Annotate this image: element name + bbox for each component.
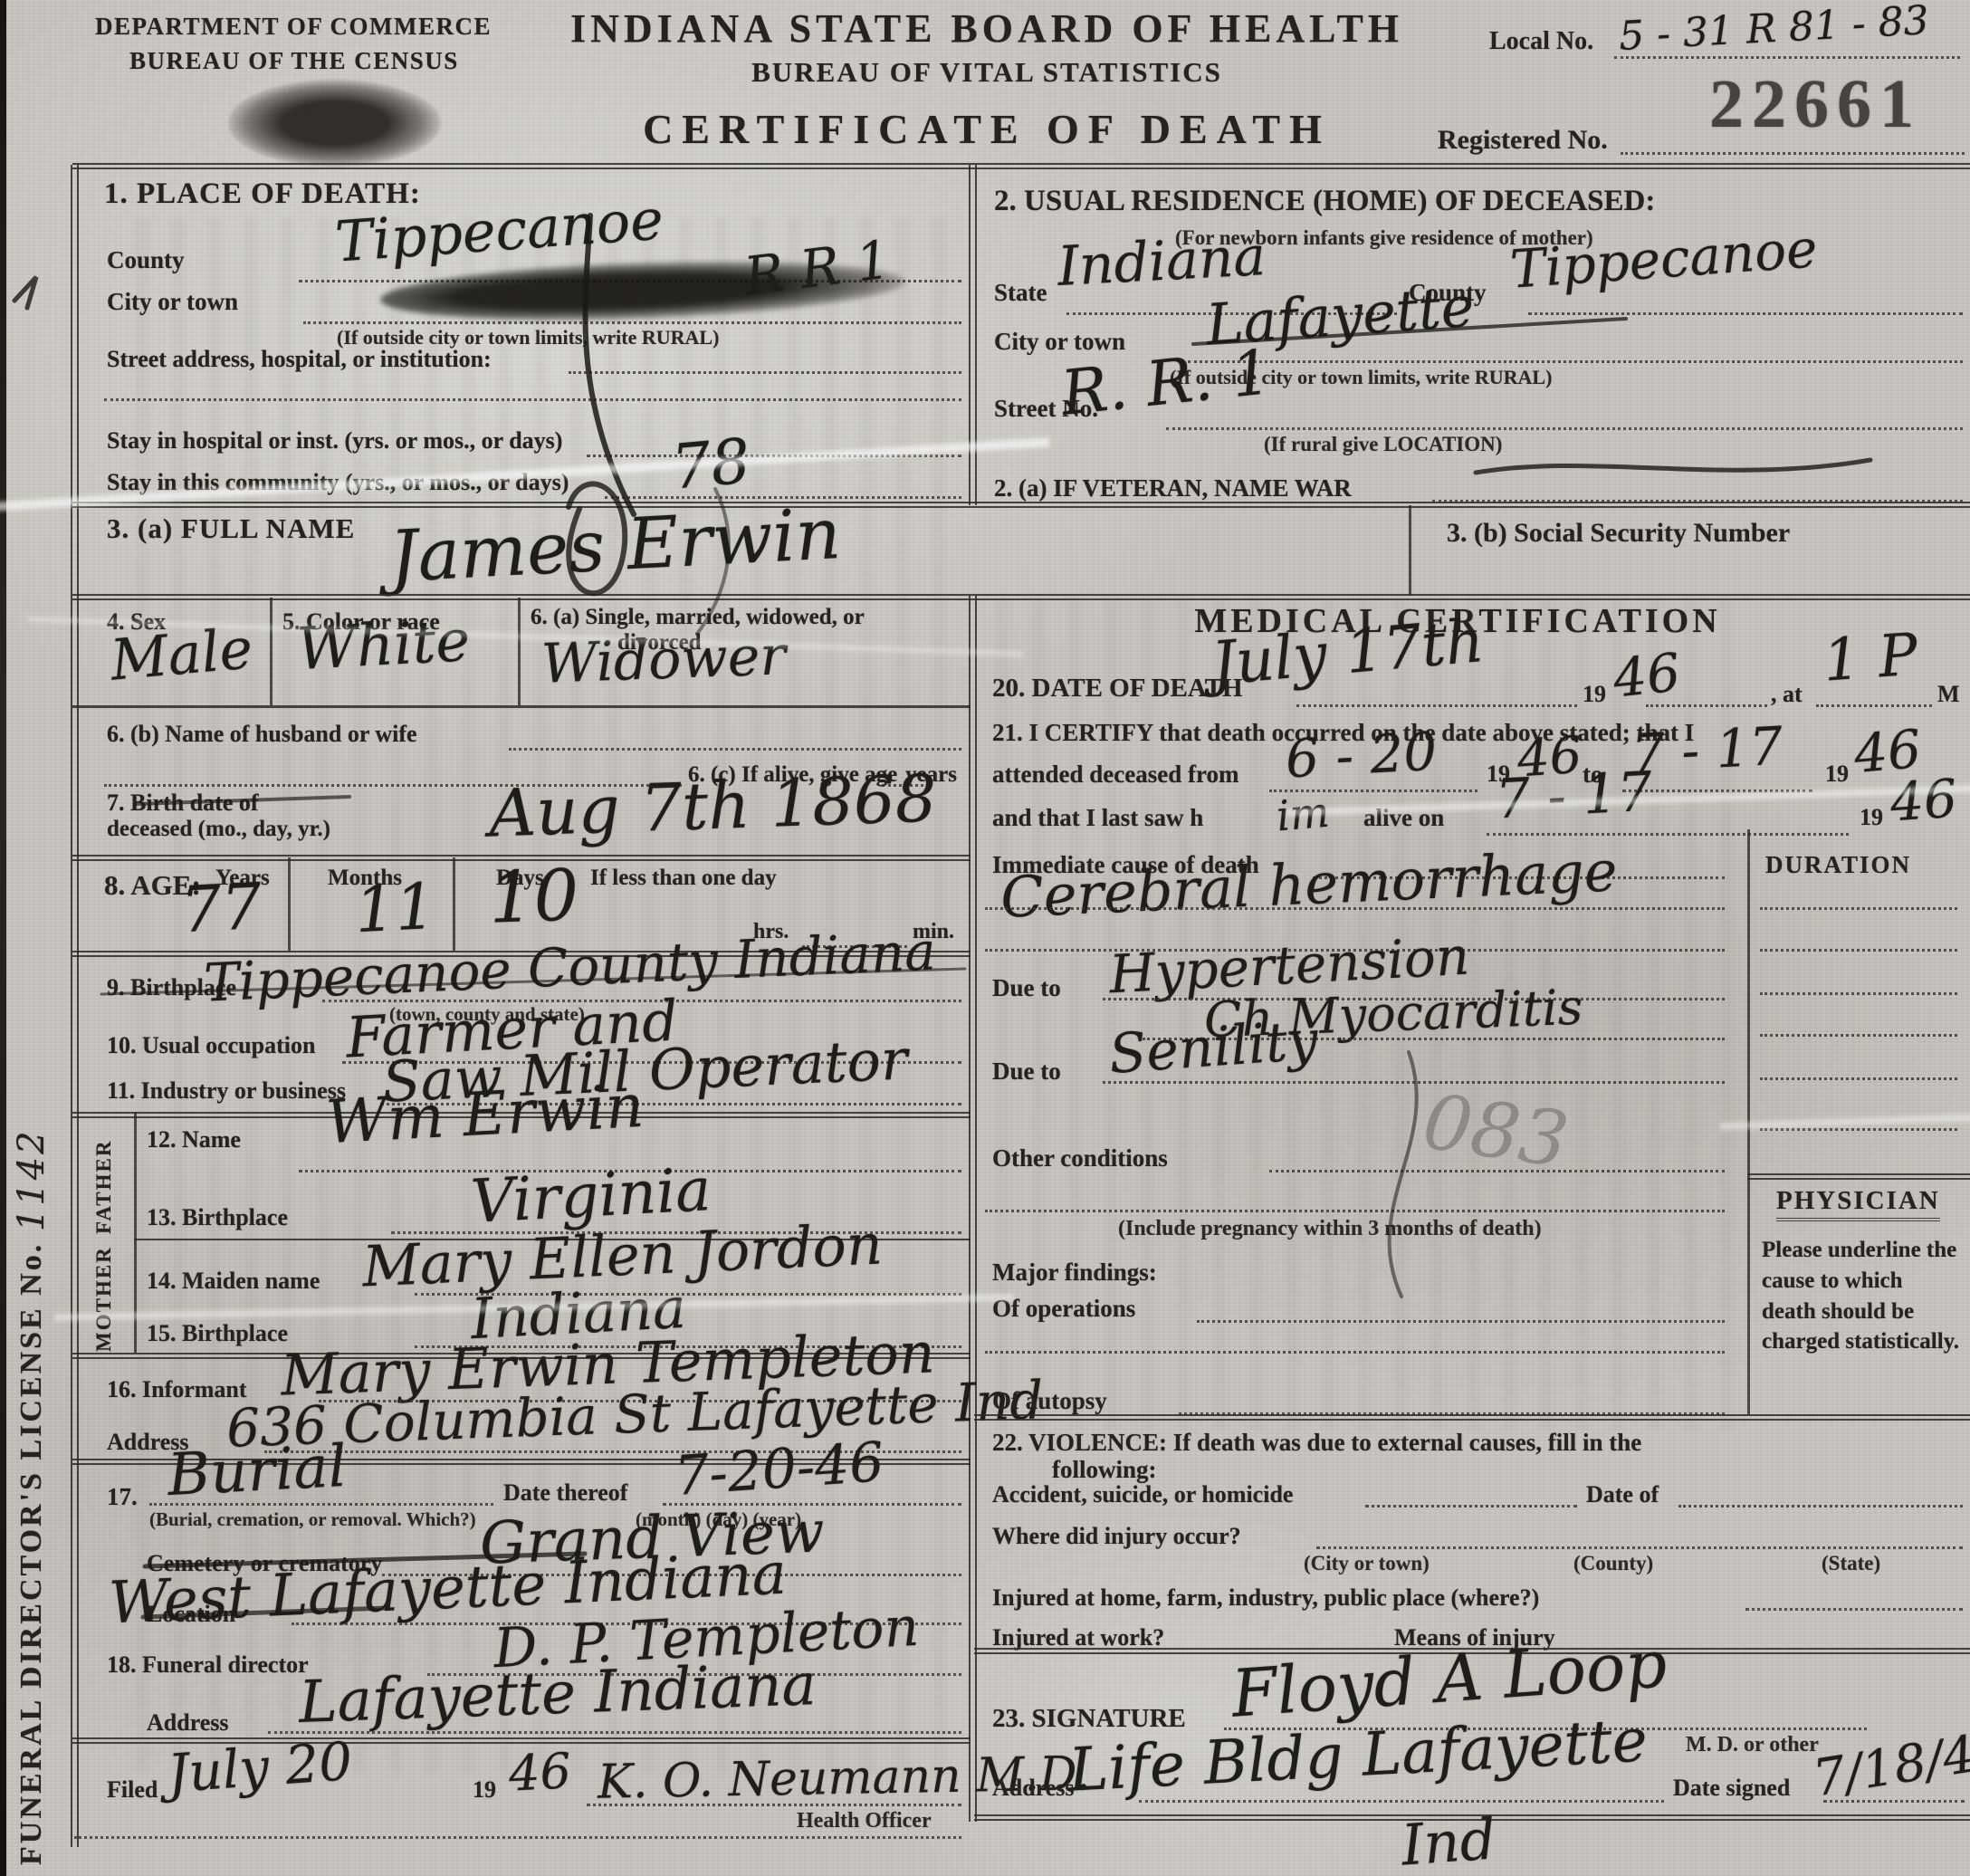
cell-divider — [270, 598, 273, 705]
date-signed-value: 7/18/46 — [1809, 1720, 1970, 1809]
census-bureau-stamp-icon — [228, 80, 441, 167]
father-side-label: FATHER — [92, 1130, 116, 1234]
form-left-border — [71, 165, 79, 1847]
dod-line3 — [1816, 704, 1932, 707]
certificate-title: CERTIFICATE OF DEATH — [543, 105, 1430, 153]
header-rule — [72, 163, 1970, 169]
industry-label: 11. Industry or business — [107, 1077, 346, 1105]
spouse-line — [509, 748, 961, 751]
age-days-value: 10 — [487, 855, 579, 939]
duration-line — [1760, 907, 1957, 910]
residence-city-label: City or town — [994, 328, 1125, 356]
duration-line — [1760, 1128, 1957, 1131]
autopsy-label: Of autopsy — [992, 1387, 1107, 1415]
scan-edge — [0, 0, 6, 1876]
date-of-death-label: 20. DATE OF DEATH — [992, 674, 1243, 703]
due-to-label1: Due to — [992, 974, 1061, 1002]
local-no-line — [1614, 56, 1960, 59]
signer-address-label: Address — [992, 1775, 1075, 1802]
signer-address-line — [1139, 1800, 1664, 1803]
cell-divider — [453, 857, 455, 951]
signer-address-value2: Ind — [1400, 1805, 1498, 1876]
where-injury-label: Where did injury occur? — [992, 1523, 1241, 1550]
burial-which-note: (Burial, cremation, or removal. Which?) — [149, 1508, 476, 1531]
dod-year-prefix: 19 — [1583, 681, 1606, 708]
duration-line — [1760, 1034, 1957, 1037]
registered-no-line — [1621, 152, 1965, 155]
blank-line — [104, 398, 961, 401]
physician-heading: PHYSICIAN — [1776, 1186, 1940, 1221]
dod-m-label: M — [1937, 681, 1960, 708]
operations-line2 — [985, 1351, 1725, 1354]
injured-home-label: Injured at home, farm, industry, public … — [992, 1584, 1539, 1612]
attended-from-value: 6 - 20 — [1284, 721, 1439, 790]
operations-line — [1197, 1320, 1725, 1323]
occupation-label: 10. Usual occupation — [107, 1032, 315, 1059]
county-label: County — [107, 246, 185, 274]
date-of-line — [1678, 1505, 1963, 1507]
veteran-label: 2. (a) IF VETERAN, NAME WAR — [994, 474, 1352, 502]
where-county-note: (County) — [1573, 1552, 1653, 1575]
where-state-note: (State) — [1822, 1552, 1880, 1575]
duration-line — [1760, 992, 1957, 995]
funeral-license-margin: FUNERAL DIRECTOR'S LICENSE No. 1142 — [11, 380, 53, 1865]
local-no-label: Local No. — [1489, 27, 1593, 56]
dod-at-label: , at — [1771, 681, 1803, 708]
mother-birthplace-label: 15. Birthplace — [147, 1320, 288, 1347]
spouse-label: 6. (b) Name of husband or wife — [107, 721, 417, 748]
burial-line — [149, 1503, 493, 1506]
burial-num: 17. — [107, 1483, 138, 1511]
duration-label: DURATION — [1765, 851, 1911, 879]
row-rule — [72, 705, 971, 708]
duration-line — [1760, 949, 1957, 952]
age-less-label: If less than one day — [590, 866, 777, 891]
residence-county-line — [1528, 312, 1963, 315]
attended-to-value: 7 - 17 — [1630, 715, 1784, 785]
lastsaw-year: 46 — [1889, 768, 1959, 834]
birthdate-label1: 7. Birth date of — [107, 790, 259, 817]
due-to-label2: Due to — [992, 1058, 1061, 1086]
filed-label: Filed — [107, 1776, 158, 1804]
pregnancy-note: (Include pregnancy within 3 months of de… — [1118, 1217, 1542, 1241]
cell-divider — [288, 857, 291, 951]
race-value: White — [295, 608, 472, 684]
board-title: INDIANA STATE BOARD OF HEALTH — [561, 5, 1412, 52]
street-address-line — [569, 371, 961, 374]
due-to-line2 — [1103, 1081, 1725, 1084]
dod-line — [1296, 704, 1577, 707]
dod-time-value: 1 P — [1822, 621, 1920, 694]
bureau-title: BUREAU OF VITAL STATISTICS — [561, 56, 1412, 89]
funeral-address-label: Address — [147, 1709, 229, 1737]
where-injury-line — [1316, 1546, 1963, 1549]
where-city-note: (City or town) — [1304, 1552, 1430, 1575]
lastsaw-year-prefix: 19 — [1860, 804, 1883, 831]
burial-value: Burial — [166, 1433, 349, 1509]
accident-label: Accident, suicide, or homicide — [992, 1481, 1293, 1508]
birthdate-value: Aug 7th 1868 — [488, 760, 938, 851]
section-rule — [72, 502, 1970, 508]
father-birthplace-label: 13. Birthplace — [147, 1204, 288, 1231]
violence-heading2: following: — [1052, 1456, 1157, 1484]
dept-line2: BUREAU OF THE CENSUS — [129, 47, 459, 75]
funeral-license-label: FUNERAL DIRECTOR'S LICENSE No. — [14, 1242, 48, 1865]
attended-year-prefix2: 19 — [1825, 761, 1849, 788]
funeral-address-line — [268, 1731, 961, 1734]
dept-line1: DEPARTMENT OF COMMERCE — [95, 13, 492, 41]
other-conditions-line2 — [985, 1210, 1725, 1212]
section-rule — [974, 1414, 1970, 1421]
state-label: State — [994, 279, 1047, 307]
registered-no-stamp: 22661 — [1709, 65, 1922, 144]
fullname-label: 3. (a) FULL NAME — [107, 512, 355, 545]
date-of-label: Date of — [1586, 1481, 1659, 1508]
funeral-director-label: 18. Funeral director — [107, 1651, 309, 1679]
age-years-value: 77 — [179, 869, 263, 948]
attended-label: attended deceased from — [992, 761, 1238, 789]
city-label: City or town — [107, 288, 238, 316]
accident-line — [1365, 1505, 1577, 1507]
md-or-other-label: M. D. or other — [1686, 1733, 1819, 1757]
father-name-label: 12. Name — [147, 1126, 241, 1153]
burial-date-label: Date thereof — [503, 1479, 627, 1507]
date-signed-label: Date signed — [1673, 1775, 1790, 1802]
other-conditions-line — [1269, 1170, 1725, 1172]
section-rule — [72, 594, 1970, 600]
center-divider — [969, 596, 977, 1822]
age-months-value: 11 — [353, 869, 437, 948]
filed-year-prefix: 19 — [473, 1776, 496, 1804]
state-value: Indiana — [1056, 225, 1267, 299]
cell-divider — [518, 598, 521, 705]
date-signed-line — [1823, 1800, 1965, 1803]
signature-label: 23. SIGNATURE — [992, 1704, 1186, 1734]
lastsaw-line — [1487, 833, 1849, 836]
stay-hospital-label: Stay in hospital or inst. (yrs. or mos.,… — [107, 427, 562, 455]
ssn-divider — [1409, 505, 1411, 596]
major-findings-label: Major findings: — [992, 1259, 1157, 1287]
registered-no-label: Registered No. — [1438, 125, 1608, 156]
street-no-line — [1166, 427, 1963, 430]
dod-year-value: 46 — [1611, 641, 1684, 709]
street-address-label: Street address, hospital, or institution… — [107, 346, 492, 373]
usual-residence-heading: 2. USUAL RESIDENCE (HOME) OF DECEASED: — [994, 185, 1655, 218]
health-officer-label: Health Officer — [797, 1809, 932, 1833]
local-no-value: 5 - 31 R 81 - 83 — [1618, 0, 1930, 60]
physician-box-top — [1747, 1173, 1970, 1180]
filed-year-value: 46 — [507, 1742, 572, 1803]
injured-home-line — [1745, 1608, 1963, 1611]
birthdate-label2: deceased (mo., day, yr.) — [107, 817, 330, 842]
ssn-label: 3. (b) Social Security Number — [1447, 518, 1790, 549]
center-divider — [969, 165, 977, 505]
physician-text: Please underline the cause to which deat… — [1762, 1235, 1961, 1357]
violence-heading1: 22. VIOLENCE: If death was due to extern… — [992, 1429, 1641, 1457]
lastsaw-value: 7 - 17 — [1494, 761, 1653, 832]
filed-date-value: July 20 — [166, 1730, 354, 1804]
dod-line2 — [1646, 704, 1767, 707]
lastsaw-label1: and that I last saw h — [992, 804, 1203, 832]
mother-name-label: 14. Maiden name — [147, 1268, 320, 1295]
duration-line — [1760, 1077, 1957, 1080]
bottom-line — [74, 1836, 961, 1839]
funeral-license-value: 1142 — [11, 1128, 53, 1231]
veteran-line — [1432, 500, 1963, 502]
city-line — [303, 321, 961, 324]
rural-location-note: (If rural give LOCATION) — [1264, 433, 1502, 456]
other-conditions-label: Other conditions — [992, 1144, 1168, 1172]
mother-side-label: MOTHER — [92, 1248, 116, 1352]
residence-city-line — [1188, 360, 1963, 363]
death-certificate-scan: DEPARTMENT OF COMMERCE BUREAU OF THE CEN… — [0, 0, 1970, 1876]
cause-line1 — [985, 907, 1725, 910]
